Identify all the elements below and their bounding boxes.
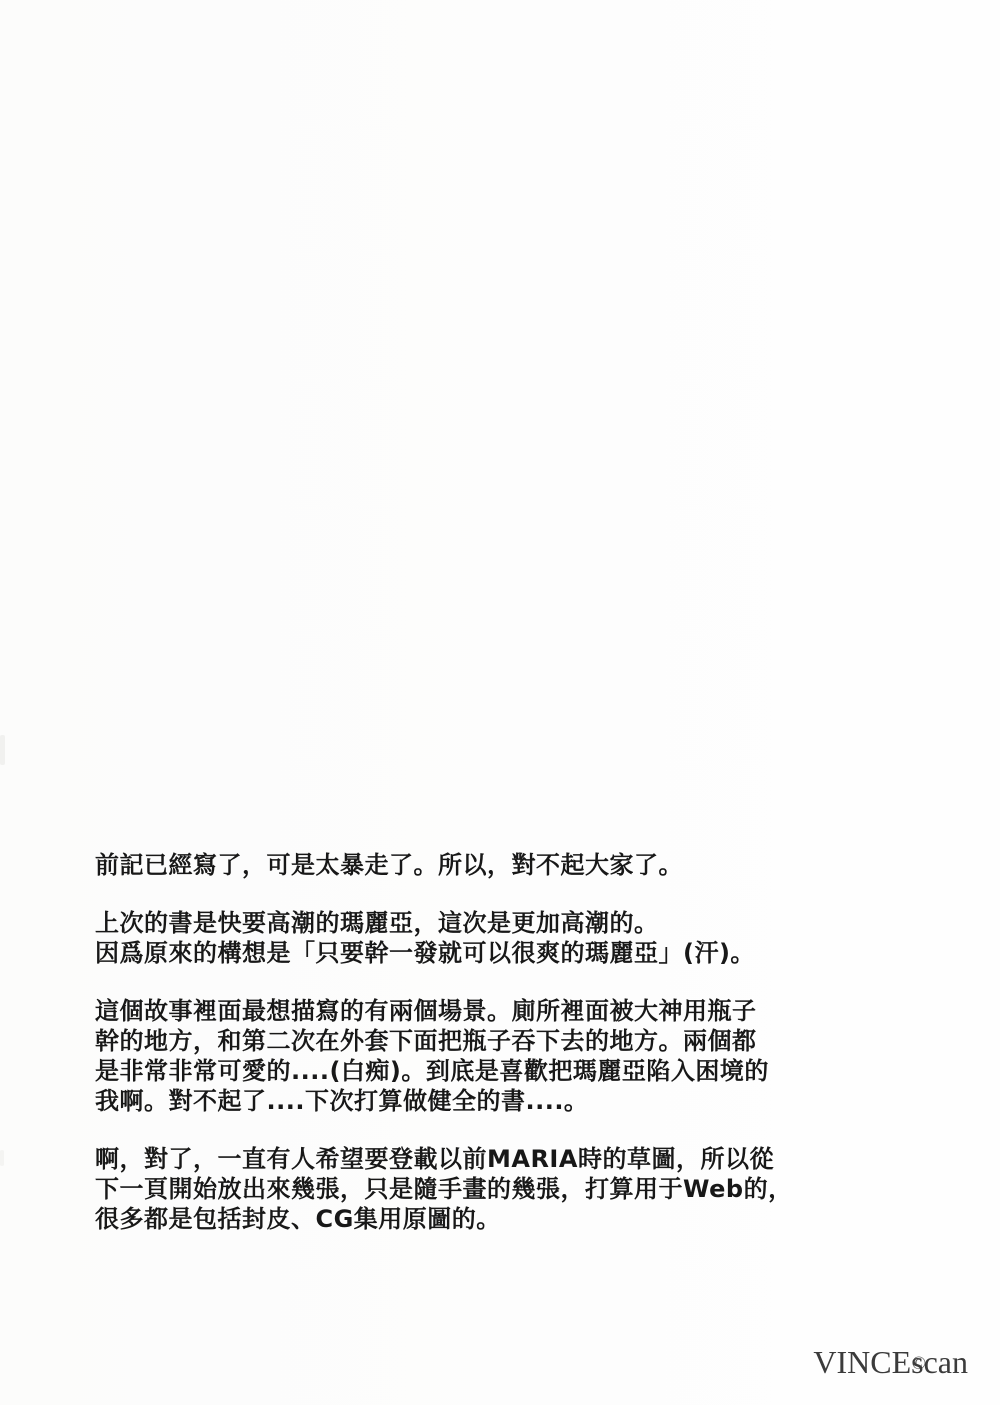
afterword-paragraph-4: 啊，對了，一直有人希望要登載以前MARIA時的草圖，所以從 下一頁開始放出來幾張… [95,1144,815,1234]
scan-edge-artifact [0,1150,4,1166]
scanner-watermark-text: VINCEscan [813,1344,968,1380]
afterword-text-block: 前記已經寫了，可是太暴走了。所以，對不起大家了。 上次的書是快要高潮的瑪麗亞，這… [95,850,815,1262]
scanner-watermark: VINCEscan © [813,1344,968,1381]
copyright-icon: © [912,1353,926,1375]
scanned-page: 前記已經寫了，可是太暴走了。所以，對不起大家了。 上次的書是快要高潮的瑪麗亞，這… [0,0,1000,1405]
afterword-paragraph-3: 這個故事裡面最想描寫的有兩個場景。廁所裡面被大神用瓶子 幹的地方，和第二次在外套… [95,996,815,1116]
afterword-paragraph-2: 上次的書是快要高潮的瑪麗亞，這次是更加高潮的。 因爲原來的構想是「只要幹一發就可… [95,908,815,968]
scan-edge-artifact [0,735,5,765]
afterword-paragraph-1: 前記已經寫了，可是太暴走了。所以，對不起大家了。 [95,850,815,880]
